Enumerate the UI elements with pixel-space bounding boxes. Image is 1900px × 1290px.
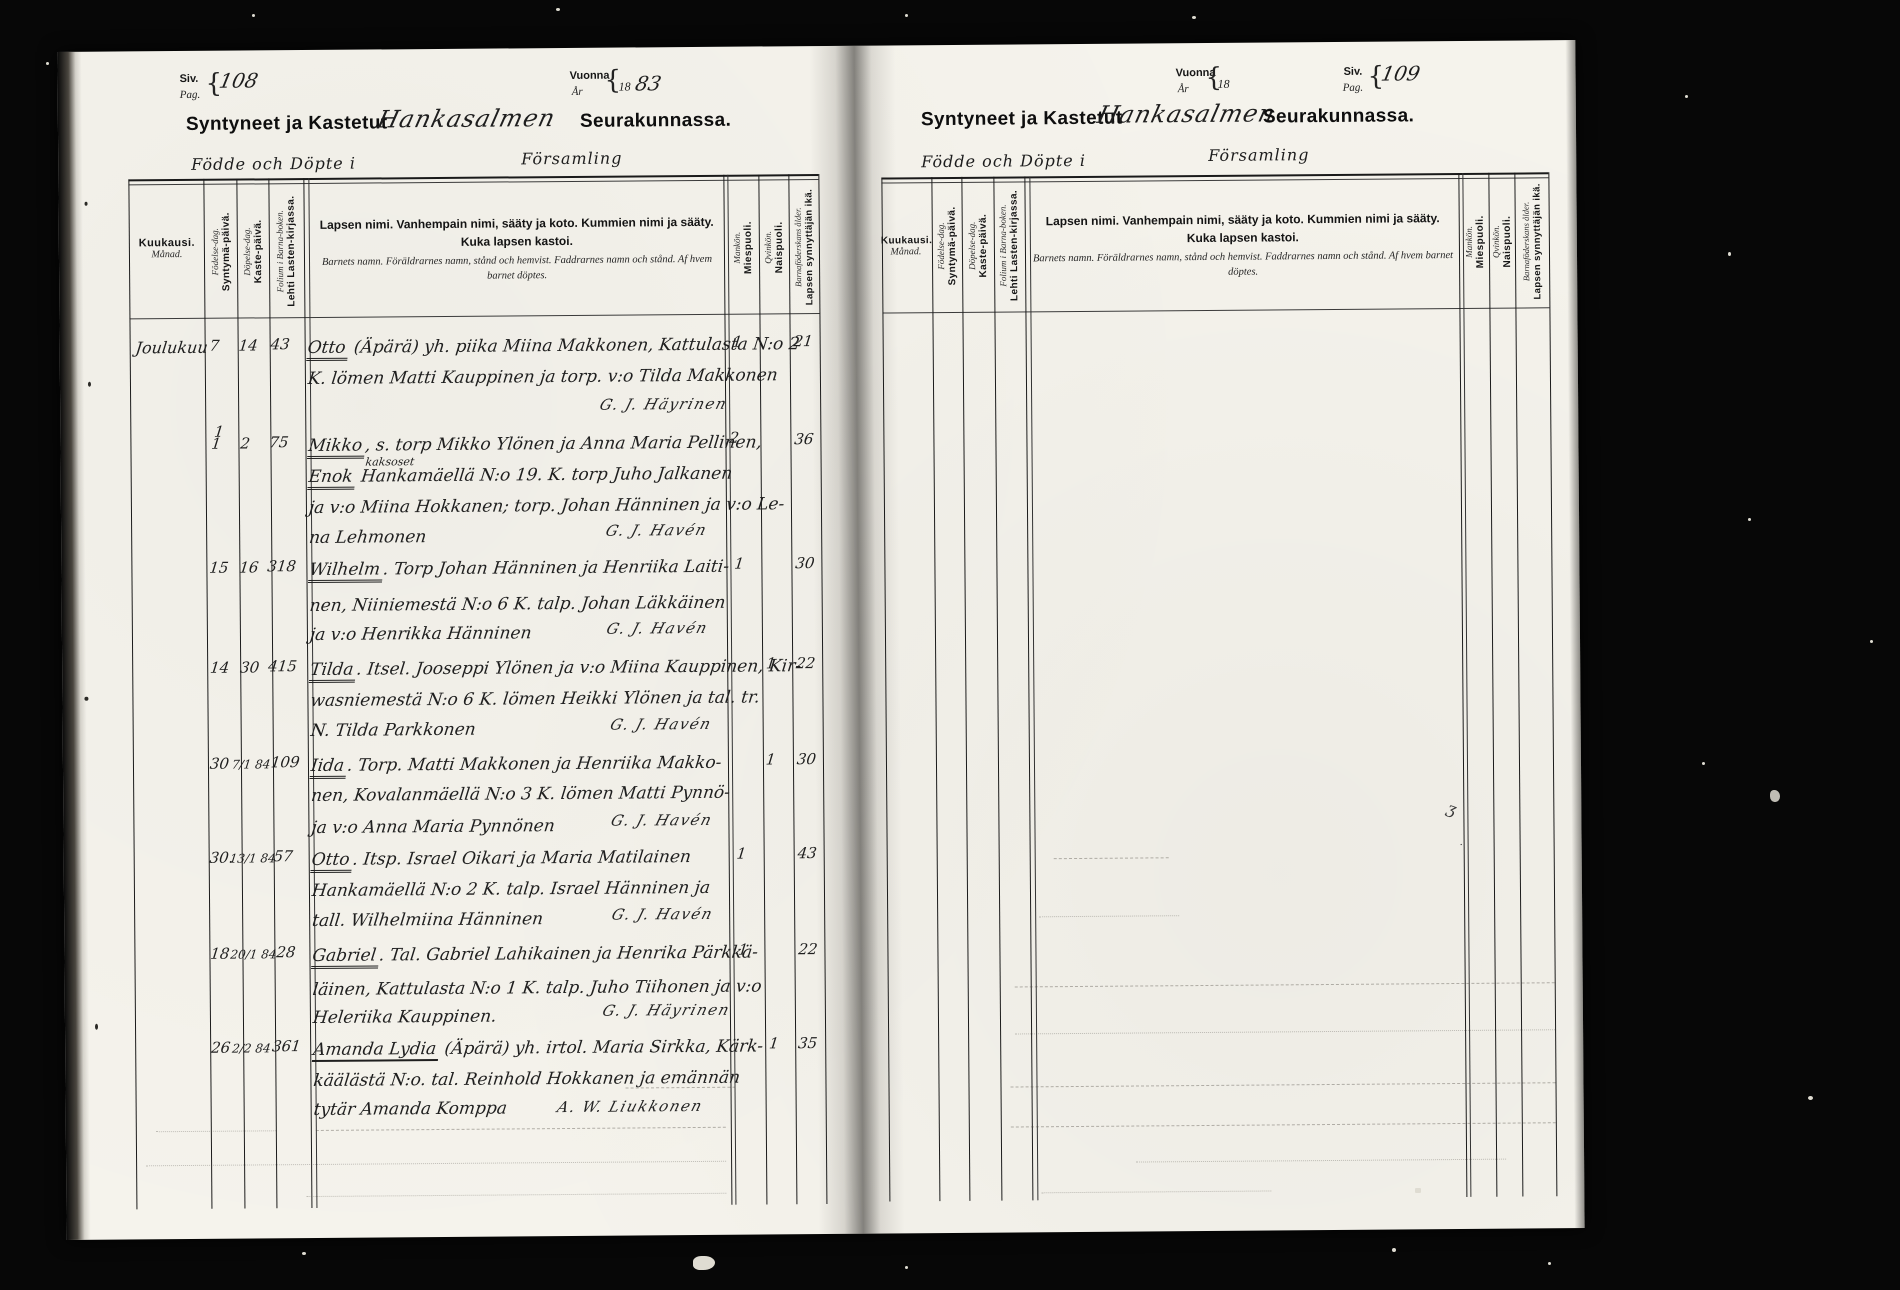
page-label-pag: Pag.	[1343, 82, 1364, 94]
entry-folio: 361	[271, 1037, 302, 1055]
entry-folio: 75	[268, 433, 289, 451]
child-name: Iida	[309, 756, 348, 779]
column-header-baptism-fi: Kaste-päivä.	[253, 220, 265, 284]
entry-text-line: wasniemestä N:o 6 K. lömen Heikki Ylönen…	[309, 687, 761, 711]
page-number: 108	[217, 68, 260, 92]
entry-text-line: Enok Hankamäellä N:o 19. K. torp Juho Ja…	[308, 464, 734, 487]
entry-mother-age: 30	[796, 750, 817, 768]
entry-text-line: Tilda. Itsel. Jooseppi Ylönen ja v:o Mii…	[309, 656, 802, 680]
year-label-ar: År	[1178, 83, 1189, 95]
scan-speck	[1728, 252, 1731, 256]
entry-text-line: Otto. Itsp. Israel Oikari ja Maria Matil…	[311, 847, 693, 870]
entry-folio: 28	[275, 943, 296, 961]
scan-speck	[905, 14, 908, 17]
baptizer-signature: G. J. Havén	[609, 811, 715, 830]
entry-baptism-day: 14	[238, 336, 259, 354]
baptizer-signature: A. W. Liukkonen	[555, 1097, 705, 1116]
baptizer-signature: G. J. Havén	[610, 905, 716, 924]
faint-rule	[146, 1161, 726, 1167]
entry-text: Hankamäellä N:o 19. K. torp Juho Jalkane…	[354, 464, 733, 487]
column-header-baptism-sv: Döpelse-dag.	[967, 222, 977, 270]
entry-text-line: Amanda Lydia (Äpärä) yh. irtol. Maria Si…	[312, 1036, 764, 1060]
entry-text: . Itsel. Jooseppi Ylönen ja v:o Miina Ka…	[355, 656, 802, 680]
scan-speck	[1392, 1248, 1396, 1252]
entry-birth-day: 1	[210, 435, 222, 453]
entry-text-line: Heleriika Kauppinen.	[312, 1007, 498, 1028]
entry-baptism-day: 16	[238, 558, 259, 576]
child-name: Otto	[306, 338, 349, 361]
entry-text-line: N. Tilda Parkkonen	[310, 720, 477, 741]
page-title-fi-suffix: Seurakunnassa.	[580, 110, 732, 133]
entry-text-line: Iida. Torp. Matti Makkonen ja Henriika M…	[310, 753, 723, 776]
column-header-month: Kuukausi. Månad.	[131, 237, 203, 261]
entry-birth-day: 30	[209, 755, 230, 773]
column-header-mother-age: Barnaföderskans ålder. Lapsen synnyttäjä…	[785, 172, 822, 322]
faint-rule	[626, 1087, 736, 1089]
scan-speck	[1415, 1188, 1421, 1193]
scan-speck	[1548, 1262, 1551, 1265]
column-rule	[993, 177, 1002, 1201]
entry-mother-age: 30	[794, 554, 815, 572]
column-header-male-sv: Mankön.	[1464, 226, 1474, 258]
entry-text: . Torp Johan Hänninen ja Henriika Laiti-	[382, 557, 730, 580]
entry-text-line: na Lehmonen	[308, 527, 427, 548]
entry-text-line: Mikko, s. torp Mikko Ylönen ja Anna Mari…	[307, 432, 763, 456]
scan-speck	[1685, 95, 1688, 98]
faint-rule	[1015, 982, 1555, 987]
entry-baptism-day: 20/1 84	[230, 947, 278, 961]
column-header-birth-fi: Syntymä-päivä.	[947, 206, 959, 285]
entry-text-line: Hankamäellä N:o 2 K. talp. Israel Hännin…	[311, 878, 711, 901]
column-header-birth-sv: Födelse-dag.	[210, 228, 220, 275]
entry-text-line: Otto (Äpärä) yh. piika Miina Makkonen, K…	[307, 334, 801, 358]
child-name: Otto	[310, 850, 353, 873]
entry-mother-age: 21	[793, 332, 814, 350]
faint-rule	[1011, 1082, 1556, 1087]
column-header-folio-sv: Folium i Barna-boken.	[998, 204, 1009, 286]
column-header-folio-fi: Lehti Lasten-kirjassa.	[285, 196, 297, 307]
entry-month: Joulukuu	[135, 338, 209, 358]
scan-speck	[46, 62, 49, 65]
column-header-mother-age: Barnaföderskans ålder. Lapsen synnyttäjä…	[1513, 166, 1550, 316]
entry-text-line: K. lömen Matti Kauppinen ja torp. v:o Ti…	[307, 365, 779, 389]
page-subtitle-sv: Födde och Döpte i	[921, 151, 1086, 171]
entry-baptism-day: 2/2 84	[231, 1041, 271, 1055]
page-label-siv: Siv.	[180, 73, 199, 85]
scan-speck	[1702, 762, 1705, 765]
scan-speck	[85, 202, 88, 206]
column-header-folio: Folium i Barna-boken. Lehti Lasten-kirja…	[990, 170, 1027, 320]
register-book-spread: Siv. Pag. { 108 Vuonna År { 18 83 Syntyn…	[57, 40, 1584, 1240]
baptizer-signature: G. J. Havén	[604, 619, 710, 638]
ink-dot: .	[1460, 837, 1463, 848]
column-header-age-fi: Lapsen synnyttäjän ikä.	[803, 189, 815, 305]
entry-folio: 43	[270, 335, 291, 353]
column-header-main-sv: Barnets namn. Föräldrarnes namn, stånd o…	[1031, 248, 1455, 282]
column-header-folio-sv: Folium i Barna-boken.	[275, 210, 286, 292]
scan-speck	[252, 14, 255, 17]
column-header-month-sv: Månad.	[881, 246, 931, 257]
column-header-female-sv: Qvinkön.	[763, 231, 773, 264]
child-name-second: Enok	[307, 467, 357, 490]
year-handwritten: 83	[633, 71, 663, 95]
page-subtitle-sv-suffix: Församling	[1208, 145, 1309, 165]
column-rule	[931, 177, 940, 1201]
baptizer-signature: G. J. Havén	[604, 521, 710, 540]
faint-rule	[1054, 857, 1169, 859]
column-header-female-fi: Naispuoli.	[1502, 216, 1513, 268]
baptizer-signature: G. J. Häyrinen	[598, 395, 730, 414]
scan-blotch	[693, 1256, 715, 1270]
entry-mother-age: 22	[795, 654, 816, 672]
entry-text-line: tall. Wilhelmiina Hänninen	[311, 909, 544, 931]
entry-text-line: Wilhelm. Torp Johan Hänninen ja Henriika…	[308, 557, 730, 580]
entry-male-count: 1	[736, 845, 748, 863]
column-header-folio: Folium i Barna-boken. Lehti Lasten-kirja…	[267, 176, 304, 326]
entry-text-line: ja v:o Henrikka Hänninen	[309, 623, 533, 645]
child-name: Mikko	[307, 436, 366, 459]
entry-baptism-day: 2	[239, 434, 251, 452]
scan-speck	[84, 697, 88, 701]
entry-text: . Itsp. Israel Oikari ja Maria Matilaine…	[351, 847, 692, 870]
ink-squiggle: ʒ	[1444, 798, 1459, 819]
column-rule	[1029, 176, 1038, 1200]
entry-text-line: ja v:o Anna Maria Pynnönen	[310, 816, 556, 838]
entry-folio: 57	[273, 847, 294, 865]
child-name: Wilhelm	[308, 559, 384, 583]
year-century: 18	[619, 79, 631, 94]
column-rule	[961, 177, 970, 1201]
column-header-main: Lapsen nimi. Vanhempain nimi, sääty ja k…	[311, 213, 724, 286]
child-name: Gabriel	[311, 945, 380, 969]
entry-mother-age: 35	[797, 1034, 818, 1052]
column-rule	[1488, 173, 1497, 1197]
column-header-baptism-fi: Kaste-päivä.	[978, 214, 990, 278]
column-header-age-sv: Barnaföderskans ålder.	[1521, 202, 1532, 281]
page-number: 109	[1379, 61, 1422, 85]
entry-birth-day: 14	[209, 659, 230, 677]
entry-birth-day: 18	[209, 945, 230, 963]
baptizer-signature: G. J. Häyrinen	[600, 1001, 732, 1020]
scan-speck	[1748, 518, 1751, 521]
entry-birth-day: 7	[209, 337, 221, 355]
entry-text: (Äpärä) yh. irtol. Maria Sirkka, Kärk-	[438, 1036, 764, 1059]
entry-male-count: 2	[728, 429, 740, 447]
page-title-fi-suffix: Seurakunnassa.	[1263, 105, 1415, 128]
entry-birth-day: 26	[210, 1039, 231, 1057]
column-header-month-sv: Månad.	[131, 249, 203, 261]
entry-text: . Tal. Gabriel Lahikainen ja Henrika Pär…	[378, 942, 759, 965]
column-header-main-fi: Lapsen nimi. Vanhempain nimi, sääty ja k…	[311, 213, 723, 252]
scan-speck	[556, 8, 560, 11]
book-center-fold	[809, 45, 904, 1234]
entry-female-count: 1	[765, 750, 777, 768]
column-header-birth-fi: Syntymä-päivä.	[221, 212, 233, 291]
entry-text-line: tytär Amanda Komppa	[313, 1098, 509, 1120]
faint-rule	[316, 1127, 726, 1131]
entry-mother-age: 36	[793, 430, 814, 448]
faint-rule	[156, 1130, 276, 1132]
child-name: Amanda Lydia	[312, 1039, 440, 1062]
page-label-pag: Pag.	[180, 89, 201, 101]
column-header-main-sv: Barnets namn. Föräldrarnes namn, stånd o…	[311, 252, 723, 286]
entry-folio: 318	[266, 557, 297, 575]
page-right-edge	[1565, 40, 1584, 1228]
entry-folio: 415	[267, 657, 298, 675]
year-label-ar: År	[572, 86, 583, 98]
scan-speck	[88, 382, 91, 387]
faint-rule	[1041, 1190, 1271, 1193]
parish-name-handwritten: Hankasalmen	[1095, 99, 1279, 128]
child-name: Tilda	[309, 660, 358, 683]
entry-mother-age: 22	[797, 940, 818, 958]
year-century: 18	[1218, 77, 1230, 92]
entry-birth-day: 15	[208, 559, 229, 577]
column-header-baptism-day: Döpelse-dag. Kaste-päivä.	[234, 176, 271, 326]
column-header-main: Lapsen nimi. Vanhempain nimi, sääty ja k…	[1031, 209, 1456, 282]
page-title-fi: Syntyneet ja Kastetut	[921, 108, 1123, 132]
column-header-male-sv: Mankön.	[732, 232, 742, 264]
entry-text: , s. torp Mikko Ylönen ja Anna Maria Pel…	[364, 432, 763, 455]
scanned-register-page: { "labels": { "siv": "Siv.", "pag": "Pag…	[0, 0, 1900, 1290]
column-rule	[128, 179, 137, 1209]
entry-female-count: 1	[768, 1034, 780, 1052]
entry-male-count: 1	[733, 555, 745, 573]
faint-rule	[1039, 915, 1179, 917]
faint-rule	[306, 1193, 726, 1197]
entry-text-line: läinen, Kattulasta N:o 1 K. talp. Juho T…	[312, 976, 763, 1000]
scan-speck	[1870, 640, 1873, 643]
book-spine-edge	[57, 52, 90, 1240]
scan-speck	[905, 1266, 908, 1269]
column-header-month: Kuukausi. Månad.	[881, 235, 931, 257]
page-subtitle-sv-suffix: Församling	[521, 149, 622, 169]
column-header-age-sv: Barnaföderskans ålder.	[793, 207, 804, 286]
column-rule	[1514, 173, 1523, 1197]
column-header-female-fi: Naispuoli.	[774, 221, 785, 273]
faint-rule	[1015, 1029, 1555, 1034]
baptizer-signature: G. J. Havén	[608, 715, 714, 734]
parish-name-handwritten: Hankasalmen	[375, 104, 559, 133]
entry-baptism-day: 30	[239, 658, 260, 676]
column-rule	[1548, 172, 1557, 1196]
entry-baptism-day: 13/1 84	[229, 851, 277, 865]
scan-speck	[1808, 1096, 1813, 1100]
entry-text-line: nen, Kovalanmäellä N:o 3 K. lömen Matti …	[310, 783, 731, 806]
column-header-main-fi: Lapsen nimi. Vanhempain nimi, sääty ja k…	[1031, 209, 1455, 248]
entry-folio: 109	[270, 753, 301, 771]
page-label-siv: Siv.	[1344, 66, 1363, 78]
entry-text-line: ja v:o Miina Hokkanen; torp. Johan Hänni…	[308, 494, 786, 518]
column-header-month-fi: Kuukausi.	[881, 235, 931, 246]
column-header-female-sv: Qvinkön.	[1491, 225, 1501, 258]
entry-mother-age: 43	[797, 844, 818, 862]
column-header-male-fi: Miespuoli.	[743, 221, 754, 274]
page-subtitle-sv: Födde och Döpte i	[191, 154, 356, 174]
scan-speck	[1192, 16, 1196, 19]
column-header-birth-sv: Födelse-dag.	[936, 222, 946, 269]
column-header-month-fi: Kuukausi.	[131, 237, 203, 250]
entry-text: . Torp. Matti Makkonen ja Henriika Makko…	[346, 753, 723, 776]
column-header-age-fi: Lapsen synnyttäjän ikä.	[1531, 183, 1543, 299]
page-title-fi: Syntyneet ja Kastetut	[186, 112, 388, 136]
faint-rule	[1136, 1159, 1506, 1163]
scan-blotch	[1770, 790, 1780, 802]
entry-text-line: nen, Niiniemestä N:o 6 K. talp. Johan Lä…	[309, 593, 727, 616]
column-header-baptism-sv: Döpelse-dag.	[242, 227, 252, 275]
scan-speck	[95, 1024, 98, 1030]
entry-baptism-day: 7/1 84	[231, 757, 271, 771]
faint-rule	[1011, 1122, 1556, 1127]
entry-text-line: Gabriel. Tal. Gabriel Lahikainen ja Henr…	[311, 942, 759, 966]
column-header-folio-fi: Lehti Lasten-kirjassa.	[1008, 190, 1020, 301]
scan-speck	[302, 1252, 306, 1255]
